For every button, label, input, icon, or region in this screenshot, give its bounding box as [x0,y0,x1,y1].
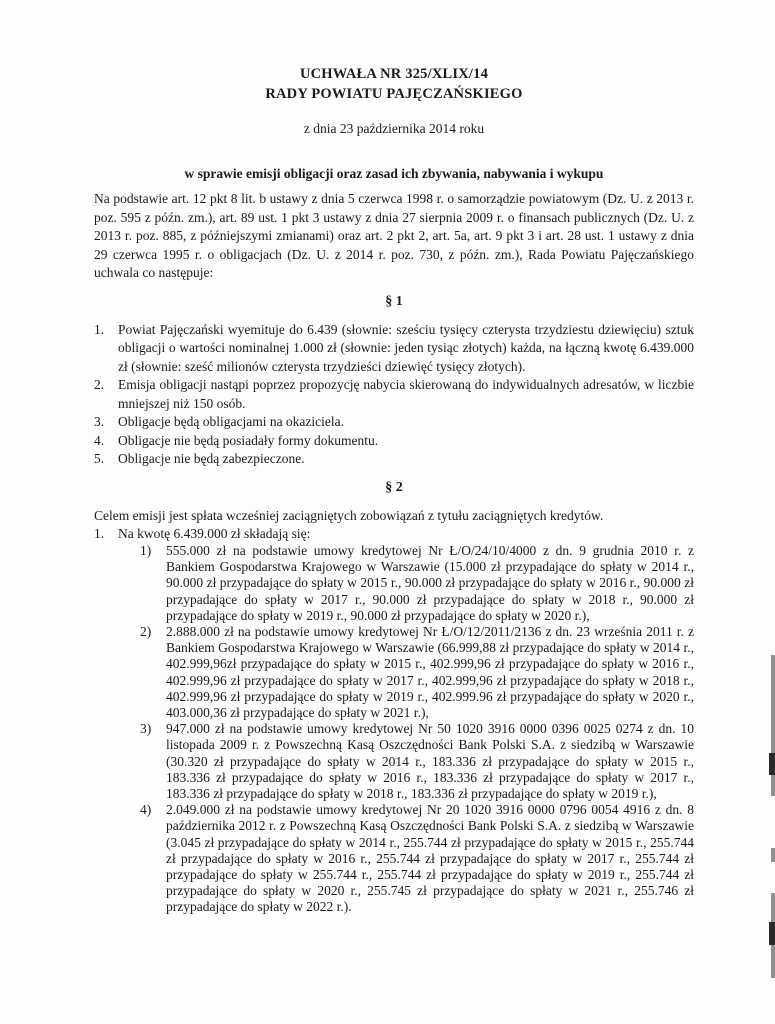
section-2-intro: Celem emisji jest spłata wcześniej zacią… [94,507,694,525]
document-title-line1: UCHWAŁA NR 325/XLIX/14 [94,64,694,84]
sublist-item-number: 3) [140,721,166,737]
list-item: 4. Obligacje nie będą posiadały formy do… [94,432,694,451]
sublist-item-text: 2.049.000 zł na podstawie umowy kredytow… [166,802,694,915]
list-item: 2. Emisja obligacji nastąpi poprzez prop… [94,376,694,413]
sublist-item: 4) 2.049.000 zł na podstawie umowy kredy… [140,802,694,915]
sublist-item-text: 2.888.000 zł na podstawie umowy kredytow… [166,624,694,721]
list-item-text: Obligacje nie będą posiadały formy dokum… [118,432,694,451]
list-item: 1. Na kwotę 6.439.000 zł składają się: [94,525,694,544]
preamble-paragraph: Na podstawie art. 12 pkt 8 lit. b ustawy… [94,190,694,283]
section-1-heading: § 1 [94,293,694,311]
list-item-number: 5. [94,450,118,469]
scan-artifact-blob-1 [769,753,775,775]
list-item: 3. Obligacje będą obligacjami na okazici… [94,413,694,432]
list-item-text: Obligacje będą obligacjami na okaziciela… [118,413,694,432]
sublist-item-text: 555.000 zł na podstawie umowy kredytowej… [166,543,694,624]
list-item-number: 3. [94,413,118,432]
sublist-item-number: 4) [140,802,166,818]
section-2-sublist: 1) 555.000 zł na podstawie umowy kredyto… [140,543,694,916]
document-content: UCHWAŁA NR 325/XLIX/14 RADY POWIATU PAJĘ… [94,64,694,916]
list-item-text: Emisja obligacji nastąpi poprzez propozy… [118,376,694,413]
list-item: 5. Obligacje nie będą zabezpieczone. [94,450,694,469]
list-item-text: Na kwotę 6.439.000 zł składają się: [118,525,694,544]
sublist-item-number: 1) [140,543,166,559]
scan-artifact-strip-1 [771,655,775,796]
document-subject: w sprawie emisji obligacji oraz zasad ic… [94,165,694,183]
list-item-text: Obligacje nie będą zabezpieczone. [118,450,694,469]
list-item-number: 4. [94,432,118,451]
document-title: UCHWAŁA NR 325/XLIX/14 RADY POWIATU PAJĘ… [94,64,694,104]
list-item-text: Powiat Pajęczański wyemituje do 6.439 (s… [118,321,694,377]
document-date: z dnia 23 października 2014 roku [94,120,694,138]
section-2-item-1: 1. Na kwotę 6.439.000 zł składają się: [94,525,694,544]
document-page: UCHWAŁA NR 325/XLIX/14 RADY POWIATU PAJĘ… [0,0,775,1024]
sublist-item: 1) 555.000 zł na podstawie umowy kredyto… [140,543,694,624]
sublist-item: 3) 947.000 zł na podstawie umowy kredyto… [140,721,694,802]
scan-artifact-strip-3 [771,893,775,978]
list-item-number: 2. [94,376,118,395]
document-title-line2: RADY POWIATU PAJĘCZAŃSKIEGO [94,84,694,104]
sublist-item-text: 947.000 zł na podstawie umowy kredytowej… [166,721,694,802]
list-item: 1. Powiat Pajęczański wyemituje do 6.439… [94,321,694,377]
scan-artifact-blob-2 [769,922,775,945]
scan-artifact-strip-2 [771,848,775,862]
list-item-number: 1. [94,321,118,340]
list-item-number: 1. [94,525,118,544]
sublist-item: 2) 2.888.000 zł na podstawie umowy kredy… [140,624,694,721]
section-1-list: 1. Powiat Pajęczański wyemituje do 6.439… [94,321,694,469]
sublist-item-number: 2) [140,624,166,640]
section-2-heading: § 2 [94,479,694,497]
